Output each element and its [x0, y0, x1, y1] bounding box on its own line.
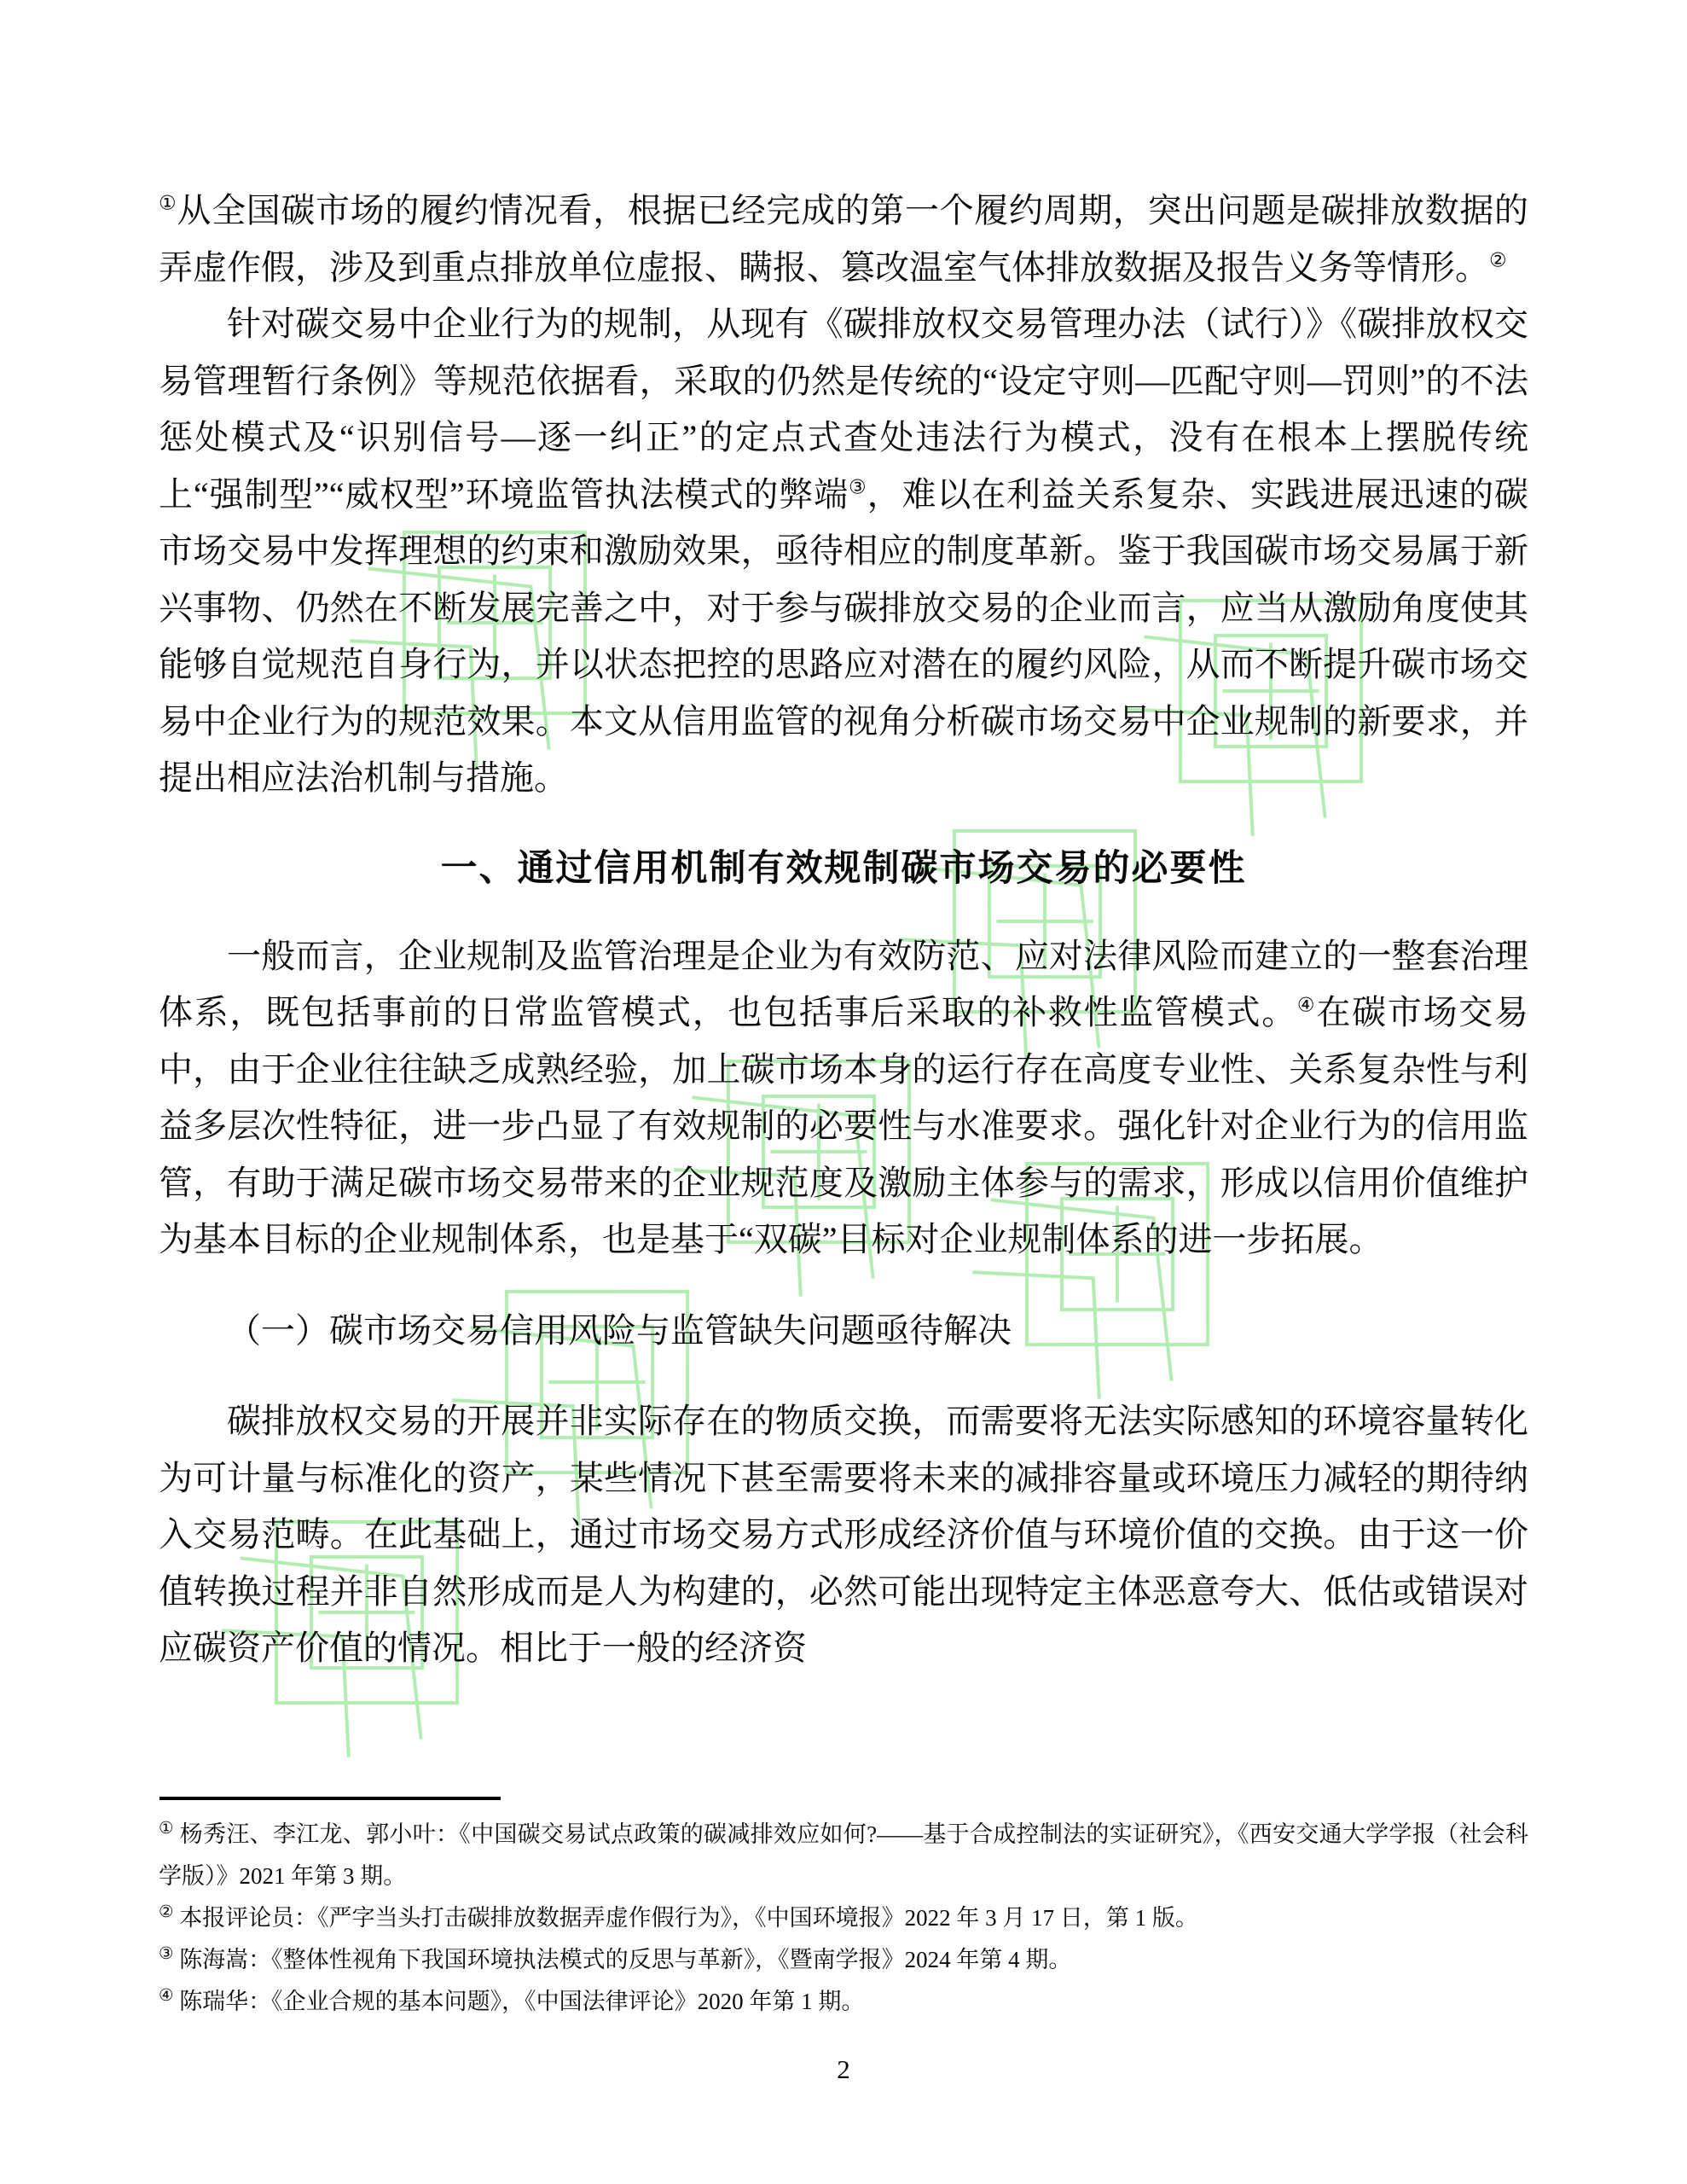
- footnote-list: ① 杨秀汪、李江龙、郭小叶：《中国碳交易试点政策的碳减排效应如何?——基于合成控…: [159, 1814, 1528, 2023]
- body-paragraph: ①从全国碳市场的履约情况看，根据已经完成的第一个履约周期，突出问题是碳排放数据的…: [159, 183, 1528, 296]
- footnote-separator: [159, 1797, 501, 1800]
- footnote-reference: ④: [1297, 995, 1317, 1017]
- footnote-reference: ①: [159, 193, 177, 215]
- body-paragraph: 针对碳交易中企业行为的规制，从现有《碳排放权交易管理办法（试行）》《碳排放权交易…: [159, 296, 1528, 807]
- body-paragraph: 一般而言，企业规制及监管治理是企业为有效防范、应对法律风险而建立的一整套治理体系…: [159, 928, 1528, 1269]
- footnote-item: ③ 陈海嵩：《整体性视角下我国环境执法模式的反思与革新》，《暨南学报》2024 …: [159, 1939, 1528, 1981]
- document-page: ①从全国碳市场的履约情况看，根据已经完成的第一个履约周期，突出问题是碳排放数据的…: [0, 0, 1687, 2184]
- body-paragraph: 碳排放权交易的开展并非实际存在的物质交换，而需要将无法实际感知的环境容量转化为可…: [159, 1393, 1528, 1677]
- footnote-marker: ③: [159, 1945, 173, 1963]
- footnote-marker: ④: [159, 1987, 173, 2005]
- footnote-item: ② 本报评论员：《严字当头打击碳排放数据弄虚作假行为》，《中国环境报》2022 …: [159, 1897, 1528, 1939]
- footnote-item: ① 杨秀汪、李江龙、郭小叶：《中国碳交易试点政策的碳减排效应如何?——基于合成控…: [159, 1814, 1528, 1897]
- footnote-reference: ③: [849, 476, 867, 498]
- sub-heading: （一）碳市场交易信用风险与监管缺失问题亟待解决: [159, 1303, 1528, 1360]
- footnote-item: ④ 陈瑞华：《企业合规的基本问题》，《中国法律评论》2020 年第 1 期。: [159, 1981, 1528, 2023]
- footnote-area: ① 杨秀汪、李江龙、郭小叶：《中国碳交易试点政策的碳减排效应如何?——基于合成控…: [159, 1797, 1528, 2023]
- section-heading: 一、通过信用机制有效规制碳市场交易的必要性: [159, 838, 1528, 899]
- footnote-marker: ②: [159, 1903, 173, 1921]
- document-body: ①从全国碳市场的履约情况看，根据已经完成的第一个履约周期，突出问题是碳排放数据的…: [159, 183, 1528, 1677]
- footnote-reference: ②: [1489, 249, 1507, 271]
- page-number: 2: [0, 2054, 1687, 2085]
- footnote-marker: ①: [159, 1820, 174, 1838]
